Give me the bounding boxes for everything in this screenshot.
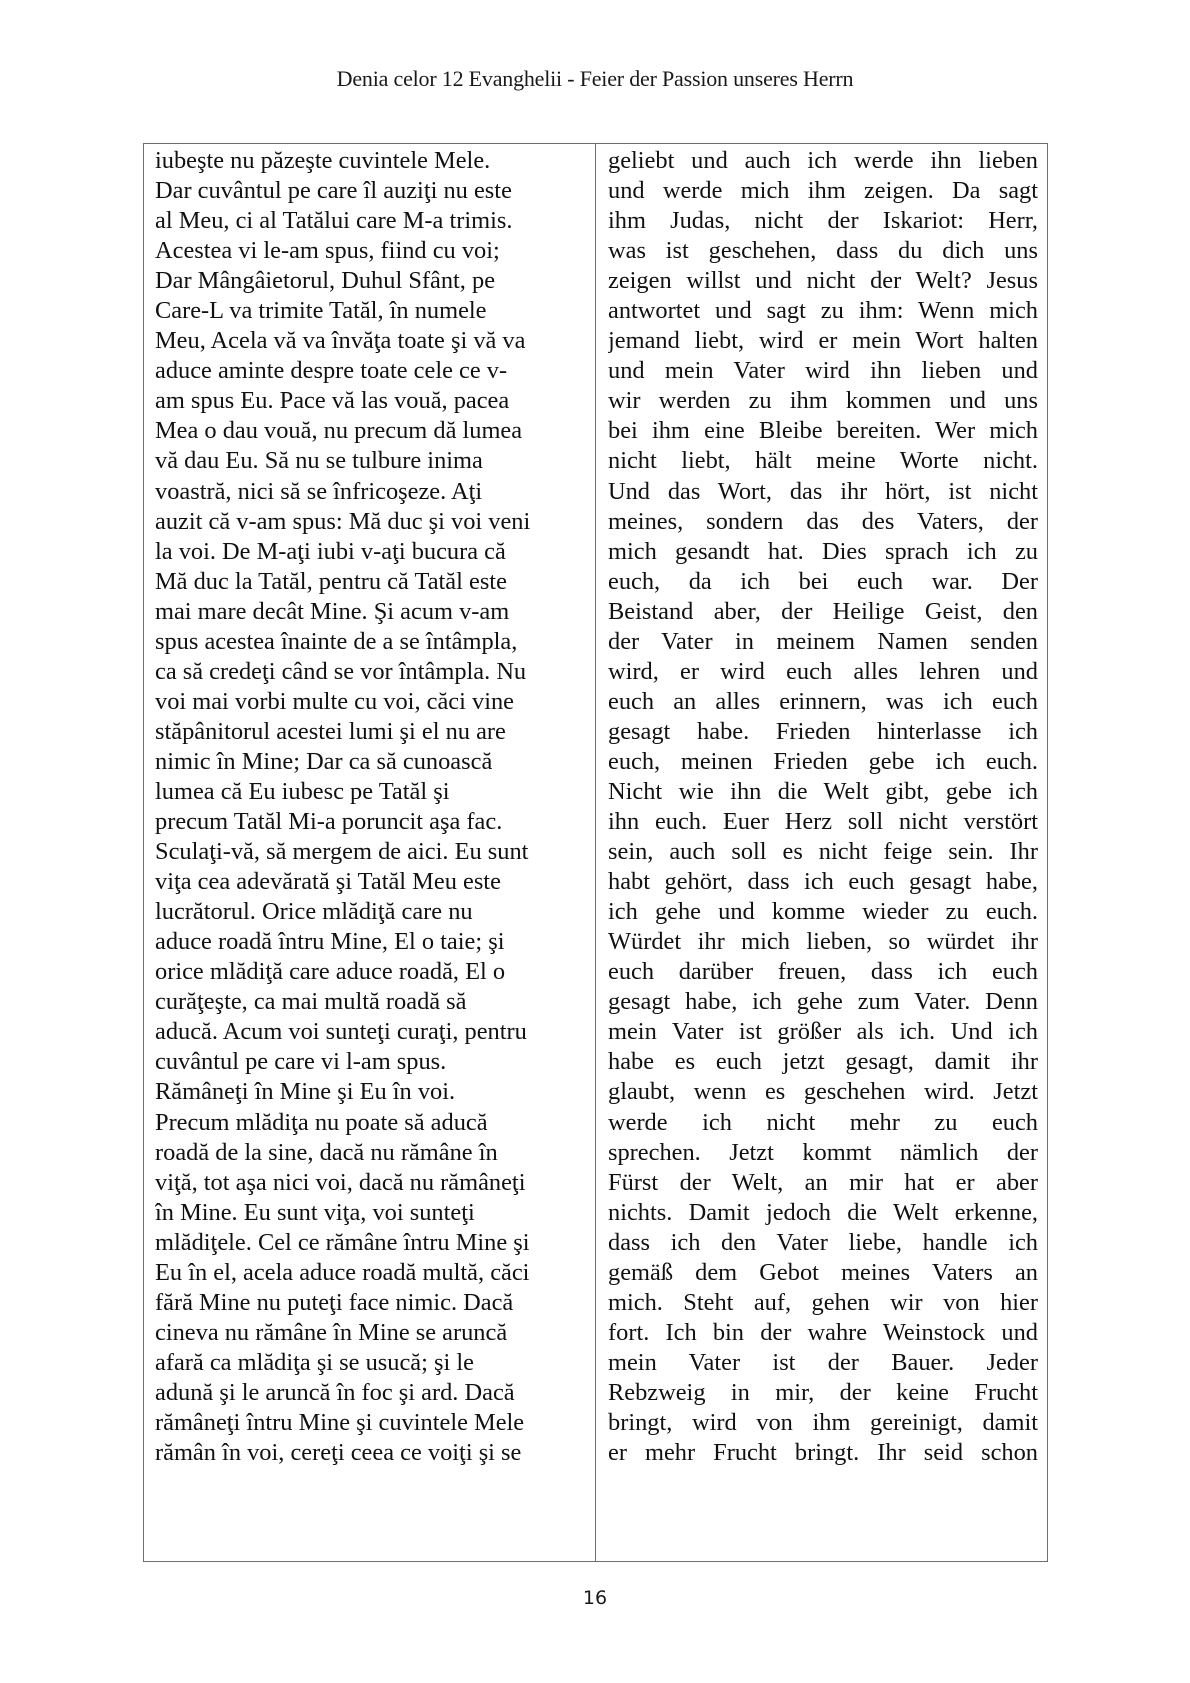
romanian-text-line: viţa cea adevărată şi Tatăl Meu este	[155, 867, 589, 897]
romanian-text-line: vă dau Eu. Să nu se tulbure inima	[155, 446, 589, 476]
german-text-line: mich gesandt hat. Dies sprach ich zu	[608, 537, 1038, 567]
german-text-line: euch, da ich bei euch war. Der	[608, 567, 1038, 597]
romanian-text-line: mai mare decât Mine. Şi acum v-am	[155, 597, 589, 627]
romanian-text-line: orice mlădiţă care aduce roadă, El o	[155, 957, 589, 987]
romanian-text-line: mlădiţele. Cel ce rămâne întru Mine şi	[155, 1228, 589, 1258]
german-text-line: sprechen. Jetzt kommt nämlich der	[608, 1138, 1038, 1168]
bilingual-text-table: iubeşte nu păzeşte cuvintele Mele.Dar cu…	[143, 143, 1048, 1562]
romanian-text-line: aduce aminte despre toate cele ce v-	[155, 356, 589, 386]
german-text-line: Würdet ihr mich lieben, so würdet ihr	[608, 927, 1038, 957]
german-text-line: habt gehört, dass ich euch gesagt habe,	[608, 867, 1038, 897]
german-text-line: jemand liebt, wird er mein Wort halten	[608, 326, 1038, 356]
german-text-line: mich. Steht auf, gehen wir von hier	[608, 1288, 1038, 1318]
german-text-line: fort. Ich bin der wahre Weinstock und	[608, 1318, 1038, 1348]
german-text-line: Fürst der Welt, an mir hat er aber	[608, 1168, 1038, 1198]
german-text-line: ihn euch. Euer Herz soll nicht verstört	[608, 807, 1038, 837]
romanian-text-line: fără Mine nu puteţi face nimic. Dacă	[155, 1288, 589, 1318]
romanian-text-line: Eu în el, acela aduce roadă multă, căci	[155, 1258, 589, 1288]
romanian-text-line: voi mai vorbi multe cu voi, căci vine	[155, 687, 589, 717]
german-text-line: wir werden zu ihm kommen und uns	[608, 386, 1038, 416]
romanian-text-line: viţă, tot aşa nici voi, dacă nu rămâneţi	[155, 1168, 589, 1198]
romanian-text-line: la voi. De M-aţi iubi v-aţi bucura că	[155, 537, 589, 567]
page-header: Denia celor 12 Evanghelii - Feier der Pa…	[0, 66, 1190, 92]
romanian-text-line: Mea o dau vouă, nu precum dă lumea	[155, 416, 589, 446]
german-text-line: und werde mich ihm zeigen. Da sagt	[608, 176, 1038, 206]
german-column: geliebt und auch ich werde ihn liebenund…	[596, 144, 1047, 1561]
romanian-text-line: spus acestea înainte de a se întâmpla,	[155, 627, 589, 657]
german-text-line: Und das Wort, das ihr hört, ist nicht	[608, 477, 1038, 507]
german-text-line: dass ich den Vater liebe, handle ich	[608, 1228, 1038, 1258]
german-text-line: euch darüber freuen, dass ich euch	[608, 957, 1038, 987]
romanian-text-line: rămân în voi, cereţi ceea ce voiţi şi se	[155, 1438, 589, 1468]
german-text-line: er mehr Frucht bringt. Ihr seid schon	[608, 1438, 1038, 1468]
page-number: 16	[0, 1586, 1190, 1610]
romanian-text-line: cuvântul pe care vi l-am spus.	[155, 1047, 589, 1077]
romanian-text-line: am spus Eu. Pace vă las vouă, pacea	[155, 386, 589, 416]
romanian-text-line: roadă de la sine, dacă nu rămâne în	[155, 1138, 589, 1168]
german-text-line: antwortet und sagt zu ihm: Wenn mich	[608, 296, 1038, 326]
german-text-line: glaubt, wenn es geschehen wird. Jetzt	[608, 1077, 1038, 1107]
romanian-text-line: precum Tatăl Mi-a poruncit aşa fac.	[155, 807, 589, 837]
romanian-text-line: Dar Mângâietorul, Duhul Sfânt, pe	[155, 266, 589, 296]
german-text-line: Nicht wie ihn die Welt gibt, gebe ich	[608, 777, 1038, 807]
romanian-text-line: aduce roadă întru Mine, El o taie; şi	[155, 927, 589, 957]
romanian-text-line: Dar cuvântul pe care îl auziţi nu este	[155, 176, 589, 206]
romanian-text-line: voastră, nici să se înfricoşeze. Aţi	[155, 477, 589, 507]
romanian-text-line: Acestea vi le-am spus, fiind cu voi;	[155, 236, 589, 266]
german-text-line: ihm Judas, nicht der Iskariot: Herr,	[608, 206, 1038, 236]
german-text-line: sein, auch soll es nicht feige sein. Ihr	[608, 837, 1038, 867]
german-text-line: habe es euch jetzt gesagt, damit ihr	[608, 1047, 1038, 1077]
romanian-text-line: Care-L va trimite Tatăl, în numele	[155, 296, 589, 326]
german-text-line: der Vater in meinem Namen senden	[608, 627, 1038, 657]
romanian-text-line: Meu, Acela vă va învăţa toate şi vă va	[155, 326, 589, 356]
romanian-text-line: al Meu, ci al Tatălui care M-a trimis.	[155, 206, 589, 236]
german-text-line: zeigen willst und nicht der Welt? Jesus	[608, 266, 1038, 296]
romanian-text-line: adună şi le aruncă în foc şi ard. Dacă	[155, 1378, 589, 1408]
romanian-text-line: auzit că v-am spus: Mă duc şi voi veni	[155, 507, 589, 537]
german-text-line: Beistand aber, der Heilige Geist, den	[608, 597, 1038, 627]
german-text-line: euch, meinen Frieden gebe ich euch.	[608, 747, 1038, 777]
romanian-text-line: stăpânitorul acestei lumi şi el nu are	[155, 717, 589, 747]
romanian-text-line: lumea că Eu iubesc pe Tatăl şi	[155, 777, 589, 807]
german-text-line: geliebt und auch ich werde ihn lieben	[608, 146, 1038, 176]
romanian-column: iubeşte nu păzeşte cuvintele Mele.Dar cu…	[144, 144, 596, 1561]
romanian-text-line: aducă. Acum voi sunteţi curaţi, pentru	[155, 1017, 589, 1047]
romanian-text-line: iubeşte nu păzeşte cuvintele Mele.	[155, 146, 589, 176]
romanian-text-line: cineva nu rămâne în Mine se aruncă	[155, 1318, 589, 1348]
german-text-line: wird, er wird euch alles lehren und	[608, 657, 1038, 687]
german-text-line: bei ihm eine Bleibe bereiten. Wer mich	[608, 416, 1038, 446]
romanian-text-line: Sculaţi-vă, să mergem de aici. Eu sunt	[155, 837, 589, 867]
romanian-text-line: ca să credeţi când se vor întâmpla. Nu	[155, 657, 589, 687]
romanian-text-line: afară ca mlădiţa şi se usucă; şi le	[155, 1348, 589, 1378]
german-text-line: nichts. Damit jedoch die Welt erkenne,	[608, 1198, 1038, 1228]
german-text-line: nicht liebt, hält meine Worte nicht.	[608, 446, 1038, 476]
german-text-line: Rebzweig in mir, der keine Frucht	[608, 1378, 1038, 1408]
german-text-line: mein Vater ist größer als ich. Und ich	[608, 1017, 1038, 1047]
romanian-text-line: Precum mlădiţa nu poate să aducă	[155, 1108, 589, 1138]
romanian-text-line: curăţeşte, ca mai multă roadă să	[155, 987, 589, 1017]
german-text-line: gesagt habe. Frieden hinterlasse ich	[608, 717, 1038, 747]
romanian-text-line: lucrătorul. Orice mlădiţă care nu	[155, 897, 589, 927]
german-text-line: was ist geschehen, dass du dich uns	[608, 236, 1038, 266]
romanian-text-line: Mă duc la Tatăl, pentru că Tatăl este	[155, 567, 589, 597]
romanian-text-line: Rămâneţi în Mine şi Eu în voi.	[155, 1077, 589, 1107]
german-text-line: gesagt habe, ich gehe zum Vater. Denn	[608, 987, 1038, 1017]
german-text-line: und mein Vater wird ihn lieben und	[608, 356, 1038, 386]
german-text-line: bringt, wird von ihm gereinigt, damit	[608, 1408, 1038, 1438]
romanian-text-line: rămâneţi întru Mine şi cuvintele Mele	[155, 1408, 589, 1438]
romanian-text-line: în Mine. Eu sunt viţa, voi sunteţi	[155, 1198, 589, 1228]
german-text-line: meines, sondern das des Vaters, der	[608, 507, 1038, 537]
german-text-line: ich gehe und komme wieder zu euch.	[608, 897, 1038, 927]
german-text-line: euch an alles erinnern, was ich euch	[608, 687, 1038, 717]
german-text-line: mein Vater ist der Bauer. Jeder	[608, 1348, 1038, 1378]
german-text-line: gemäß dem Gebot meines Vaters an	[608, 1258, 1038, 1288]
romanian-text-line: nimic în Mine; Dar ca să cunoască	[155, 747, 589, 777]
german-text-line: werde ich nicht mehr zu euch	[608, 1108, 1038, 1138]
